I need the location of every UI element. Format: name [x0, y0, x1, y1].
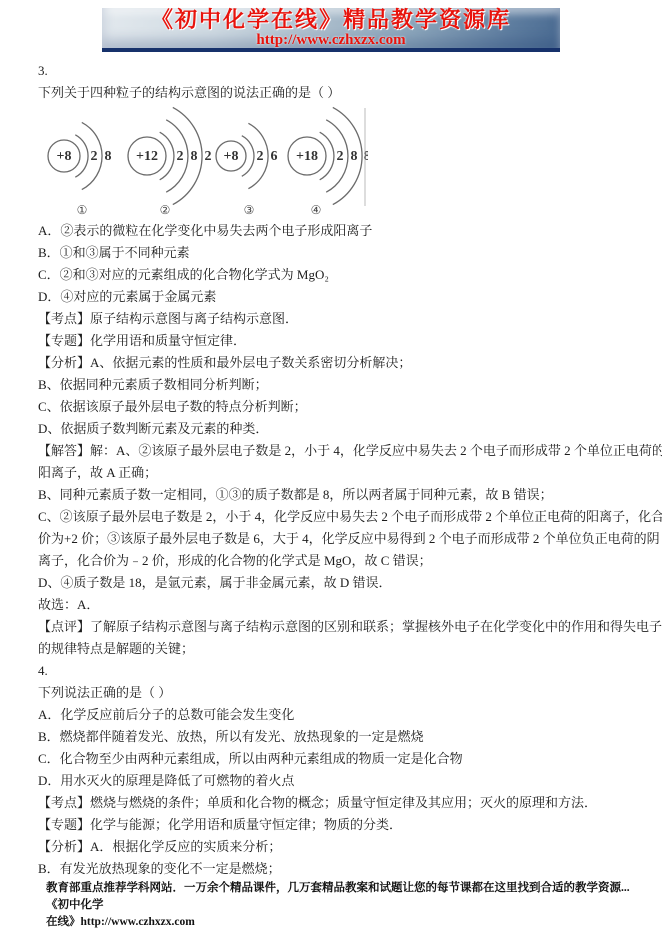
q3-fenxi-line: B、依据同种元素质子数相同分析判断；: [38, 374, 628, 396]
shell-electrons: 2: [177, 149, 184, 164]
q3-answer-line: 故选：A．: [38, 594, 628, 616]
q3-jieda-line: 阳离子，故 A 正确；: [38, 462, 628, 484]
shell-electrons: 8: [191, 149, 198, 164]
q3-fenxi-line: 【分析】A、依据元素的性质和最外层电子数关系密切分析解决；: [38, 352, 628, 374]
shell-electrons: 8: [351, 149, 358, 164]
question4-option-c: C．化合物至少由两种元素组成，所以由两种元素组成的物质一定是化合物: [38, 748, 628, 770]
q3-fenxi-line: C、依据该原子最外层电子数的特点分析判断；: [38, 396, 628, 418]
footer-line: 教育部重点推荐学科网站．一万余个精品课件，几万套精品教案和试题让您的每节课都在这…: [46, 880, 638, 914]
nucleus-charge: +8: [57, 149, 72, 164]
particle-4: +18 2 8 8 ④: [288, 107, 368, 217]
particle-3: +8 2 6 ③: [216, 123, 278, 217]
shell-arc: [75, 135, 88, 177]
banner-title: 《初中化学在线》精品教学资源库: [102, 8, 560, 32]
question4-number: 4.: [38, 660, 628, 682]
shell-electrons: 8: [364, 149, 369, 164]
question3-option-b: B．①和③属于不同种元素: [38, 242, 628, 264]
q3-jieda-line: C、②该原子最外层电子数是 2，小于 4，化学反应中易失去 2 个电子而形成带 …: [38, 506, 628, 528]
q3-jieda-line: D、④质子数是 18，是氩元素，属于非金属元素，故 D 错误．: [38, 572, 628, 594]
particle-label: ①: [77, 203, 88, 217]
q3-zhuanti-line: 【专题】化学用语和质量守恒定律．: [38, 330, 628, 352]
site-banner: 《初中化学在线》精品教学资源库 http://www.czhxzx.com: [102, 8, 560, 52]
particle-structure-diagram: +8 2 8 ① +12 2 8 2 ②: [44, 106, 628, 218]
q4-zhuanti-line: 【专题】化学与能源；化学用语和质量守恒定律；物质的分类．: [38, 814, 628, 836]
shell-electrons: 2: [205, 149, 212, 164]
q3-dianping-line: 的规律特点是解题的关键；: [38, 638, 628, 660]
particle-1: +8 2 8 ①: [48, 122, 112, 217]
footer-line: 在线》http://www.czhxzx.com: [46, 914, 638, 931]
document-page: 《初中化学在线》精品教学资源库 http://www.czhxzx.com 3.…: [0, 0, 662, 935]
q3-jieda-line: B、同种元素质子数一定相同，①③的质子数都是 8，所以两者属于同种元素，故 B …: [38, 484, 628, 506]
nucleus-charge: +18: [296, 149, 318, 164]
q3-jieda-line: 【解答】解：A、②该原子最外层电子数是 2，小于 4，化学反应中易失去 2 个电…: [38, 440, 628, 462]
shell-electrons: 2: [337, 149, 344, 164]
question3-text: 下列关于四种粒子的结构示意图的说法正确的是（ ）: [38, 82, 628, 104]
q3-jieda-line: 价为+2 价；③该原子最外层电子数是 6，大于 4，化学反应中易得到 2 个电子…: [38, 528, 628, 550]
nucleus-charge: +12: [136, 149, 158, 164]
shell-electrons: 6: [271, 149, 278, 164]
q3-jieda-line: 离子，化合价为﹣2 价，形成的化合物的化学式是 MgO，故 C 错误；: [38, 550, 628, 572]
question4-option-d: D．用水灭火的原理是降低了可燃物的着火点: [38, 770, 628, 792]
particle-label: ④: [311, 203, 322, 217]
question4-text: 下列说法正确的是（ ）: [38, 682, 628, 704]
q3-dianping-line: 【点评】了解原子结构示意图与离子结构示意图的区别和联系；掌握核外电子在化学变化中…: [38, 616, 628, 638]
question3-option-c: C．②和③对应的元素组成的化合物化学式为 MgO₂: [38, 264, 628, 286]
shell-electrons: 2: [257, 149, 264, 164]
question3-option-d: D．④对应的元素属于金属元素: [38, 286, 628, 308]
page-footer: 教育部重点推荐学科网站．一万余个精品课件，几万套精品教案和试题让您的每节课都在这…: [46, 880, 638, 931]
q4-fenxi-line: B．有发光放热现象的变化不一定是燃烧；: [38, 858, 628, 880]
shell-arc: [320, 132, 334, 180]
particle-label: ③: [244, 203, 255, 217]
q3-fenxi-line: D、依据质子数判断元素及元素的种类．: [38, 418, 628, 440]
q3-kaodian-line: 【考点】原子结构示意图与离子结构示意图．: [38, 308, 628, 330]
shell-arc: [242, 136, 254, 177]
document-body: 3. 下列关于四种粒子的结构示意图的说法正确的是（ ） +8 2 8 ①: [0, 52, 662, 880]
q4-fenxi-line: 【分析】A．根据化学反应的实质来分析；: [38, 836, 628, 858]
particle-diagram-svg: +8 2 8 ① +12 2 8 2 ②: [44, 106, 368, 218]
particle-2: +12 2 8 2 ②: [128, 107, 212, 217]
question3-option-a: A．②表示的微粒在化学变化中易失去两个电子形成阳离子: [38, 220, 628, 242]
shell-electrons: 2: [91, 149, 98, 164]
banner-url-link[interactable]: http://www.czhxzx.com: [102, 32, 560, 48]
q4-kaodian-line: 【考点】燃烧与燃烧的条件；单质和化合物的概念；质量守恒定律及其应用；灭火的原理和…: [38, 792, 628, 814]
particle-label: ②: [160, 203, 171, 217]
question4-option-a: A．化学反应前后分子的总数可能会发生变化: [38, 704, 628, 726]
shell-arc: [160, 132, 174, 180]
nucleus-charge: +8: [224, 149, 239, 164]
question3-number: 3.: [38, 60, 628, 82]
shell-electrons: 8: [105, 149, 112, 164]
question4-option-b: B．燃烧都伴随着发光、放热，所以有发光、放热现象的一定是燃烧: [38, 726, 628, 748]
